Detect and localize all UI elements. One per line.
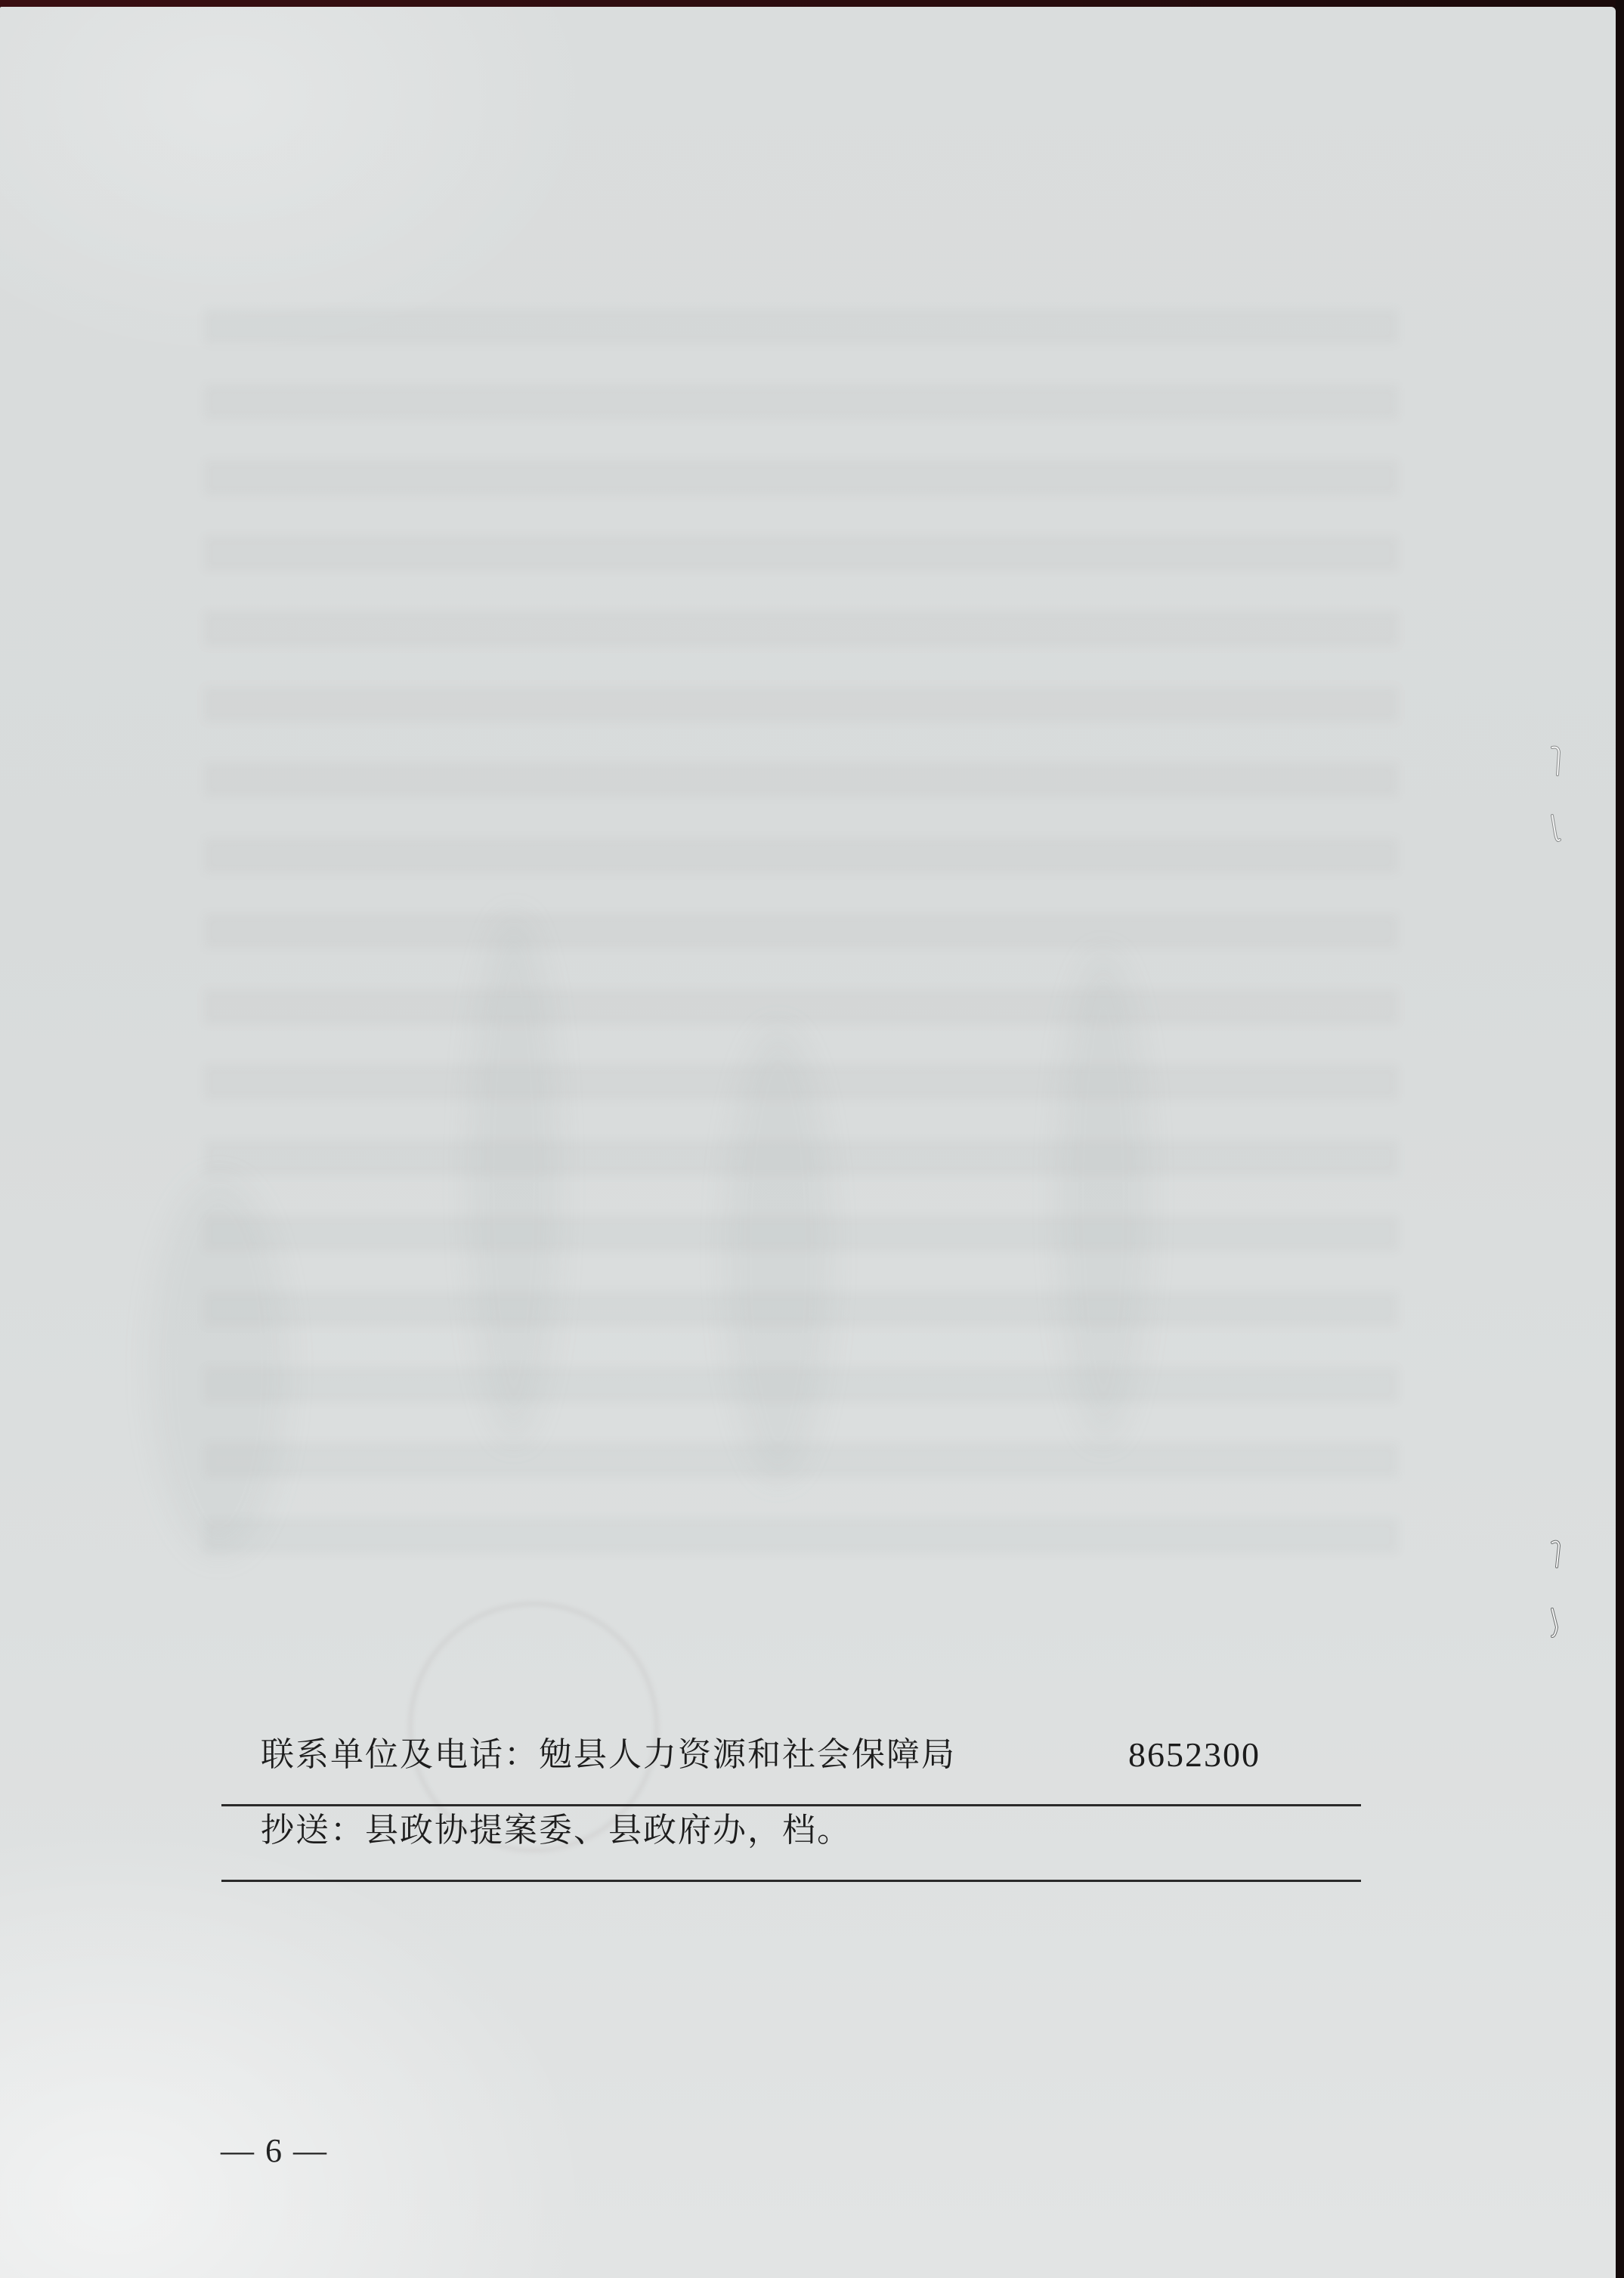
contact-info: 联系单位及电话：勉县人力资源和社会保障局 (261, 1734, 956, 1776)
staple-icon (1548, 1537, 1564, 1571)
staple-icon (1548, 811, 1564, 846)
paper-sheet (0, 7, 1616, 2278)
paper-wrinkle (725, 1027, 831, 1481)
staple-icon (1548, 744, 1564, 779)
contact-phone: 8652300 (1128, 1734, 1261, 1776)
contact-label: 联系单位及电话： (261, 1735, 539, 1774)
background-top-edge (0, 0, 1624, 7)
cc-row: 抄送：县政协提案委、县政府办，档。 (221, 1806, 1361, 1882)
staple-icon (1548, 1606, 1564, 1641)
paper-wrinkle (1058, 952, 1149, 1443)
cc-recipients: 县政协提案委、县政府办，档。 (365, 1811, 852, 1849)
paper-wrinkle (151, 1178, 287, 1556)
cc-info: 抄送：县政协提案委、县政府办，档。 (261, 1809, 852, 1852)
document-footer: 联系单位及电话：勉县人力资源和社会保障局 8652300 抄送：县政协提案委、县… (221, 1731, 1361, 1882)
contact-org: 勉县人力资源和社会保障局 (539, 1735, 956, 1774)
background-right-edge (1616, 0, 1624, 2278)
paper-wrinkle (469, 914, 559, 1443)
page-number: — 6 — (221, 2130, 328, 2172)
document-photo: 联系单位及电话：勉县人力资源和社会保障局 8652300 抄送：县政协提案委、县… (0, 0, 1624, 2278)
contact-row: 联系单位及电话：勉县人力资源和社会保障局 8652300 (221, 1731, 1361, 1806)
cc-label: 抄送： (261, 1811, 365, 1849)
